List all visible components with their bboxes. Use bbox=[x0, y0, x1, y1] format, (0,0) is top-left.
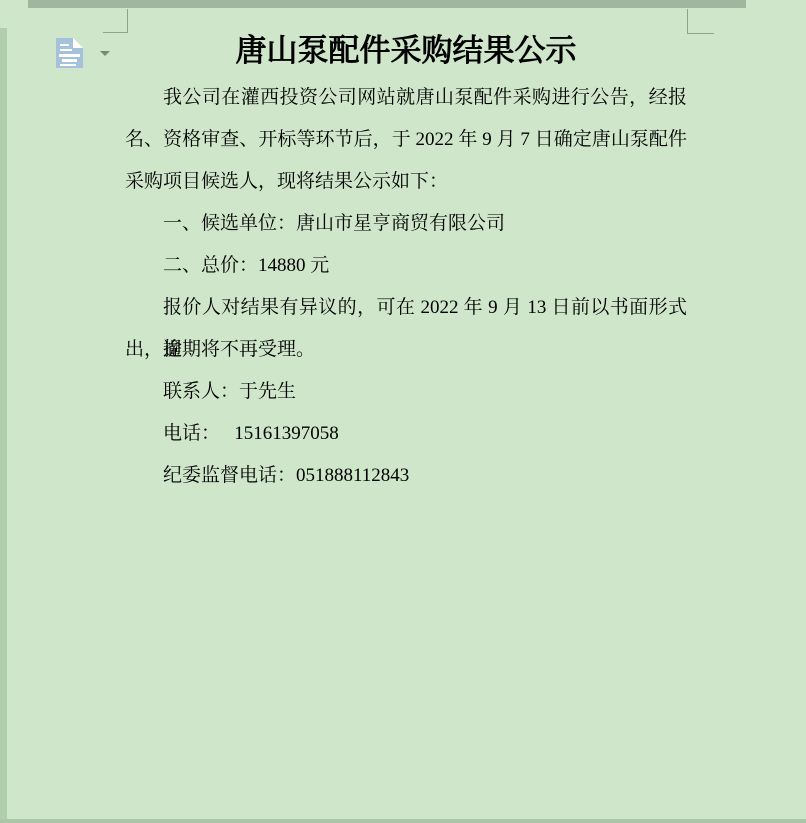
paragraph-line[interactable]: 我公司在灌西投资公司网站就唐山泵配件采购进行公告，经报 bbox=[125, 77, 687, 119]
icon-line bbox=[60, 49, 72, 51]
paragraph-line[interactable]: 报价人对结果有异议的，可在 2022 年 9 月 13 日前以书面形式提 bbox=[125, 287, 687, 329]
paragraph-line[interactable]: 一、候选单位：唐山市星亨商贸有限公司 bbox=[125, 203, 687, 245]
paragraph-line[interactable]: 联系人：于先生 bbox=[125, 371, 687, 413]
paste-options-button[interactable] bbox=[56, 38, 112, 70]
document-title[interactable]: 唐山泵配件采购结果公示 bbox=[125, 29, 687, 73]
document-body: 我公司在灌西投资公司网站就唐山泵配件采购进行公告，经报 名、资格审查、开标等环节… bbox=[125, 77, 687, 497]
page-fold-triangle bbox=[73, 38, 83, 48]
icon-line bbox=[62, 59, 77, 62]
paragraph-line[interactable]: 纪委监督电话：051888112843 bbox=[125, 455, 687, 497]
paragraph-line[interactable]: 出，逾期将不再受理。 bbox=[125, 329, 687, 371]
canvas-edge-top bbox=[28, 0, 746, 8]
icon-line bbox=[60, 44, 69, 46]
paste-options-icon bbox=[56, 38, 83, 68]
chevron-down-icon[interactable] bbox=[100, 51, 110, 56]
paragraph-line[interactable]: 采购项目候选人，现将结果公示如下： bbox=[125, 161, 687, 203]
text-boundary-mark-topright bbox=[687, 33, 714, 34]
paragraph-line[interactable]: 名、资格审查、开标等环节后，于 2022 年 9 月 7 日确定唐山泵配件 bbox=[125, 119, 687, 161]
page-fold bbox=[73, 38, 83, 48]
paragraph-line[interactable]: 二、总价：14880 元 bbox=[125, 245, 687, 287]
icon-line bbox=[59, 54, 80, 57]
icon-line bbox=[60, 64, 76, 66]
canvas-edge-left bbox=[0, 28, 7, 823]
canvas-edge-bottom bbox=[0, 819, 806, 823]
paragraph-line[interactable]: 电话： 15161397058 bbox=[125, 413, 687, 455]
text-boundary-mark-topright bbox=[687, 9, 688, 34]
